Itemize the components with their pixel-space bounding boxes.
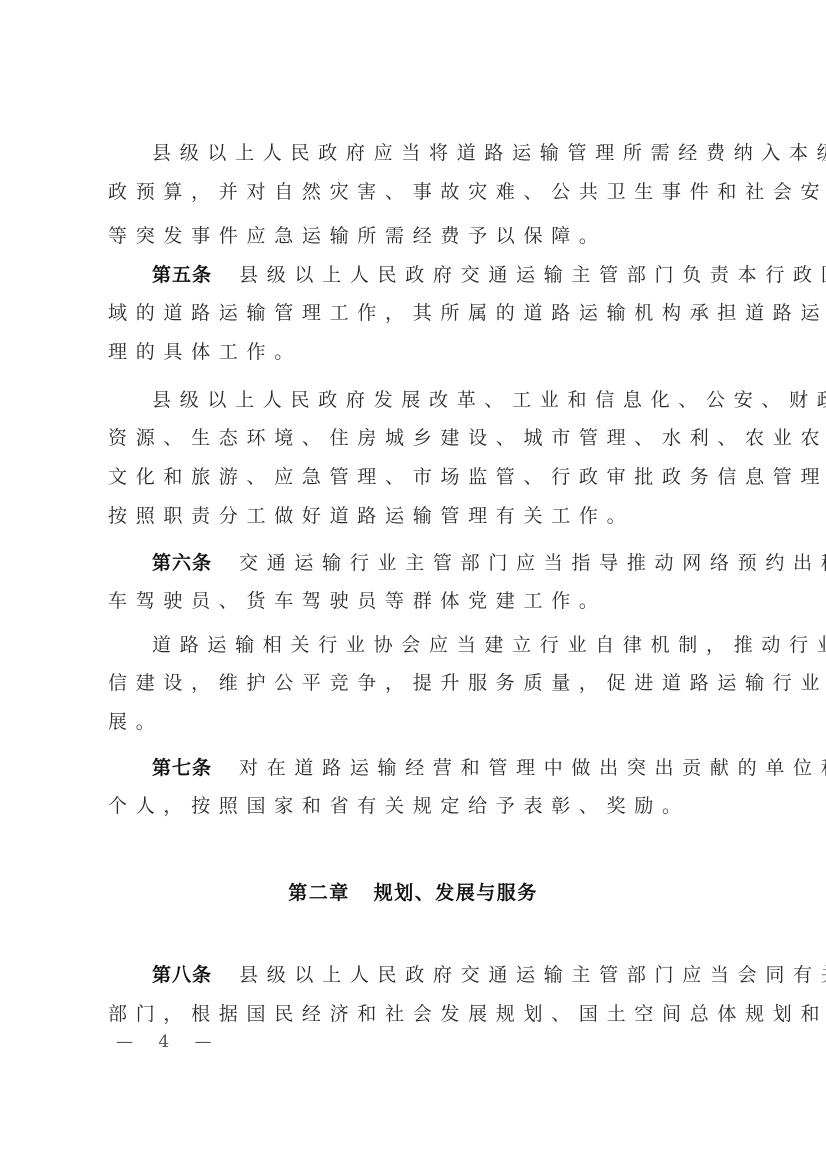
article-text: 对在道路运输经营和管理中做出突出贡献的单位和 xyxy=(239,757,826,779)
paragraph-line: 按照职责分工做好道路运输管理有关工作。 xyxy=(108,501,748,531)
article-8-first-line: 第八条县级以上人民政府交通运输主管部门应当会同有关 xyxy=(152,960,792,990)
article-text: 县级以上人民政府交通运输主管部门应当会同有关 xyxy=(239,964,826,986)
article-6-first-line: 第六条交通运输行业主管部门应当指导推动网络预约出租 xyxy=(152,548,792,578)
paragraph-line: 信建设，维护公平竞争，提升服务质量，促进道路运输行业健康发 xyxy=(108,668,748,698)
paragraph-line: 部门，根据国民经济和社会发展规划、国土空间总体规划和综合交 xyxy=(108,999,748,1029)
article-label: 第五条 xyxy=(152,264,212,286)
article-label: 第七条 xyxy=(152,757,212,779)
article-text: 县级以上人民政府交通运输主管部门负责本行政区 xyxy=(239,264,826,286)
paragraph-line: 文化和旅游、应急管理、市场监管、行政审批政务信息管理等部门， xyxy=(108,462,748,492)
chapter-title: 规划、发展与服务 xyxy=(374,882,538,904)
chapter-heading: 第二章规划、发展与服务 xyxy=(0,878,826,905)
paragraph-line: 理的具体工作。 xyxy=(108,337,748,367)
paragraph-line: 等突发事件应急运输所需经费予以保障。 xyxy=(108,221,748,251)
page-number: — 4 — xyxy=(116,1032,222,1052)
paragraph-line: 道路运输相关行业协会应当建立行业自律机制，推动行业诚 xyxy=(152,630,792,660)
paragraph-line: 车驾驶员、货车驾驶员等群体党建工作。 xyxy=(108,586,748,616)
article-7-first-line: 第七条对在道路运输经营和管理中做出突出贡献的单位和 xyxy=(152,753,792,783)
paragraph-line: 政预算，并对自然灾害、事故灾难、公共卫生事件和社会安全事件 xyxy=(108,177,748,207)
paragraph-line: 展。 xyxy=(108,707,748,737)
paragraph-line: 个人，按照国家和省有关规定给予表彰、奖励。 xyxy=(108,791,748,821)
document-page: 县级以上人民政府应当将道路运输管理所需经费纳入本级财 政预算，并对自然灾害、事故… xyxy=(0,0,826,1169)
paragraph-line: 县级以上人民政府应当将道路运输管理所需经费纳入本级财 xyxy=(152,138,792,168)
paragraph-line: 县级以上人民政府发展改革、工业和信息化、公安、财政、自然 xyxy=(152,385,792,415)
article-5-first-line: 第五条县级以上人民政府交通运输主管部门负责本行政区 xyxy=(152,260,792,290)
paragraph-line: 域的道路运输管理工作，其所属的道路运输机构承担道路运输管 xyxy=(108,298,748,328)
chapter-number: 第二章 xyxy=(288,882,350,904)
article-label: 第八条 xyxy=(152,964,212,986)
paragraph-line: 资源、生态环境、住房城乡建设、城市管理、水利、农业农村、商务、 xyxy=(108,423,748,453)
article-label: 第六条 xyxy=(152,552,212,574)
article-text: 交通运输行业主管部门应当指导推动网络预约出租 xyxy=(239,552,826,574)
